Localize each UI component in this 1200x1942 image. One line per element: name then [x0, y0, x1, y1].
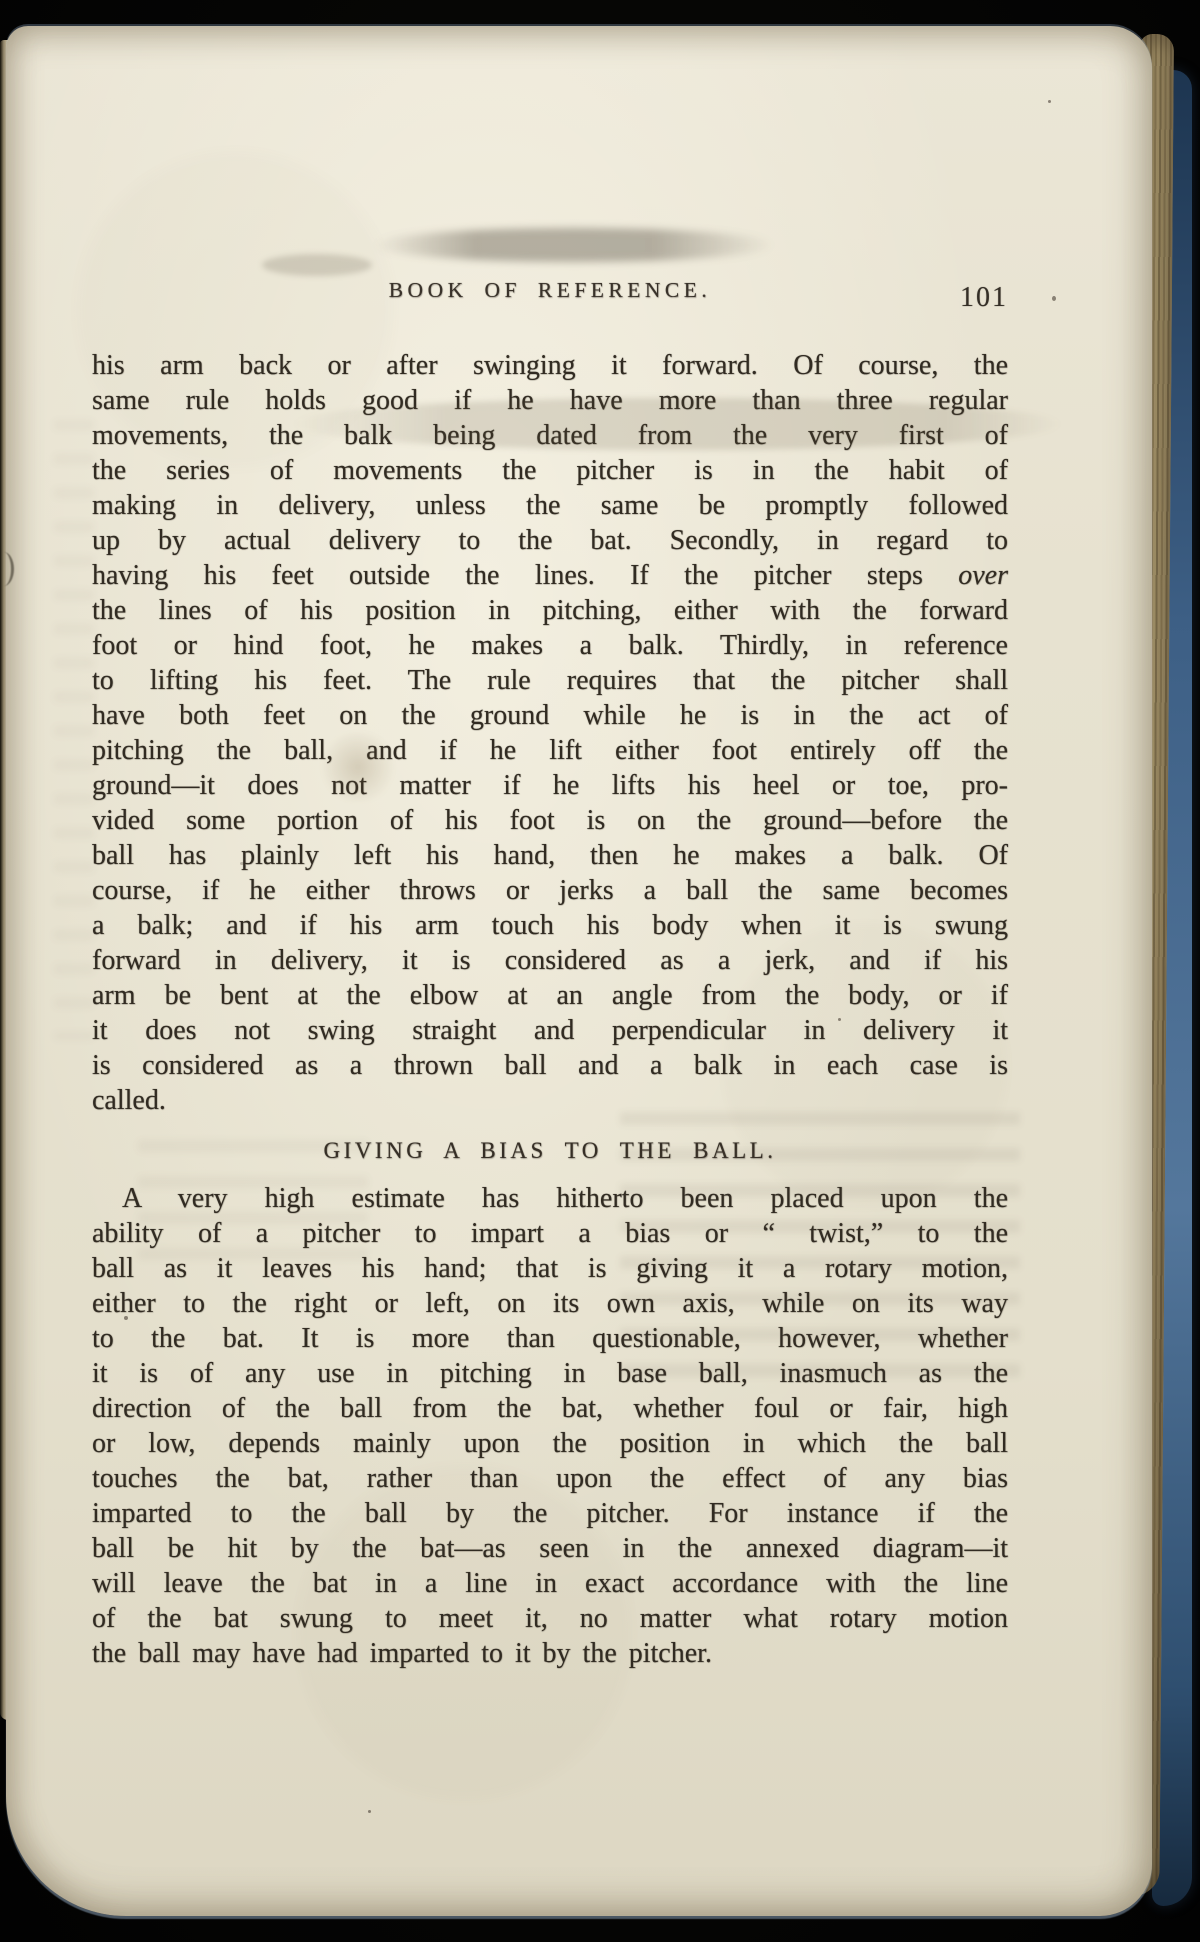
text-line: ball as it leaves his hand; that is givi…	[92, 1251, 1008, 1286]
running-title: BOOK OF REFERENCE.	[92, 276, 1008, 303]
text-line: the series of movements the pitcher is i…	[92, 453, 1008, 488]
text-line: or low, depends mainly upon the position…	[92, 1426, 1008, 1461]
text-line: to lifting his feet. The rule requires t…	[92, 663, 1008, 698]
text-line: foot or hind foot, he makes a balk. Thir…	[92, 628, 1008, 663]
text-line: is considered as a thrown ball and a bal…	[92, 1048, 1008, 1083]
page-number: 101	[960, 282, 1008, 314]
text-line: ability of a pitcher to impart a bias or…	[92, 1216, 1008, 1251]
text-line: making in delivery, unless the same be p…	[92, 488, 1008, 523]
text-line: to the bat. It is more than questionable…	[92, 1321, 1008, 1356]
text-line: up by actual delivery to the bat. Second…	[92, 523, 1008, 558]
line-text: having his feet outside the lines. If th…	[92, 560, 958, 591]
text-line: either to the right or left, on its own …	[92, 1286, 1008, 1321]
text-line: having his feet outside the lines. If th…	[92, 558, 1008, 593]
book-photo: BOOK OF REFERENCE. 101 his arm back or a…	[0, 0, 1200, 1942]
text-line: ball be hit by the bat—as seen in the an…	[92, 1531, 1008, 1566]
paragraph-balk-rules: his arm back or after swinging it forwar…	[92, 348, 1008, 1118]
text-line: A very high estimate has hitherto been p…	[92, 1181, 1008, 1216]
text-line: called.	[92, 1083, 1008, 1118]
text-line: forward in delivery, it is considered as…	[92, 943, 1008, 978]
page-header: BOOK OF REFERENCE. 101	[92, 276, 1008, 320]
paragraph-bias: A very high estimate has hitherto been p…	[92, 1181, 1008, 1671]
text-line: direction of the ball from the bat, whet…	[92, 1391, 1008, 1426]
text-line: the ball may have had imparted to it by …	[92, 1636, 1008, 1671]
text-line: touches the bat, rather than upon the ef…	[92, 1461, 1008, 1496]
text-line: his arm back or after swinging it forwar…	[92, 348, 1008, 383]
text-line: ground—it does not matter if he lifts hi…	[92, 768, 1008, 803]
text-line: it is of any use in pitching in base bal…	[92, 1356, 1008, 1391]
text-line: movements, the balk being dated from the…	[92, 418, 1008, 453]
text-line: a balk; and if his arm touch his body wh…	[92, 908, 1008, 943]
text-line: the lines of his position in pitching, e…	[92, 593, 1008, 628]
text-line: arm be bent at the elbow at an angle fro…	[92, 978, 1008, 1013]
book-page: BOOK OF REFERENCE. 101 his arm back or a…	[6, 26, 1152, 1916]
text-line: pitching the ball, and if he lift either…	[92, 733, 1008, 768]
text-line: course, if he either throws or jerks a b…	[92, 873, 1008, 908]
body-text: his arm back or after swinging it forwar…	[92, 348, 1008, 1671]
text-line: vided some portion of his foot is on the…	[92, 803, 1008, 838]
text-line: of the bat swung to meet it, no matter w…	[92, 1601, 1008, 1636]
text-line: ball has plainly left his hand, then he …	[92, 838, 1008, 873]
text-line: will leave the bat in a line in exact ac…	[92, 1566, 1008, 1601]
text-line: have both feet on the ground while he is…	[92, 698, 1008, 733]
italic-word: over	[958, 560, 1008, 591]
section-heading: GIVING A BIAS TO THE BALL.	[92, 1133, 1008, 1168]
text-line: it does not swing straight and perpendic…	[92, 1013, 1008, 1048]
text-line: same rule holds good if he have more tha…	[92, 383, 1008, 418]
text-line: imparted to the ball by the pitcher. For…	[92, 1496, 1008, 1531]
